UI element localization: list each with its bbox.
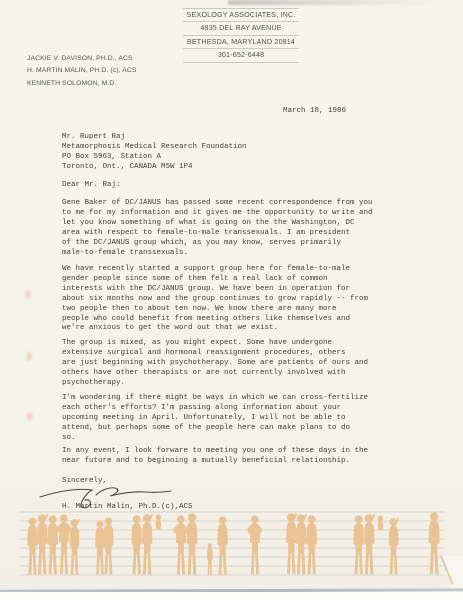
body-paragraph: Gene Baker of DC/JANUS has passed some r… [62,199,392,258]
body-paragraph: We have recently started a support group… [62,265,392,334]
staff-name: JACKIE V. DAVISON, PH.D., ACS [27,53,136,65]
letterhead-city-state-zip: BETHESDA, MARYLAND 20814 [183,35,299,48]
staff-name: KENNETH SOLOMON, M.D. [27,78,136,90]
background-below-page [0,592,463,600]
body-paragraph: The group is mixed, as you might expect.… [62,339,392,389]
salutation: Dear Mr. Raj: [62,181,121,191]
letterhead-phone: 301-652-6448 [183,48,299,62]
letterhead-company-name: SEXOLOGY ASSOCIATES, INC. [183,8,299,21]
letter-date: March 18, 1986 [283,107,346,117]
scan-artifact-dot [25,290,31,299]
body-paragraph: I'm wondering if there might be ways in … [62,394,392,444]
scan-edge-smudge [228,0,444,5]
people-silhouettes-decoration [8,508,455,582]
body-paragraph: In any event, I look forware to meeting … [62,447,392,467]
letterhead-block: SEXOLOGY ASSOCIATES, INC. 4835 DEL RAY A… [183,8,299,63]
scan-artifact-dot [26,352,32,361]
scanned-letter-image: SEXOLOGY ASSOCIATES, INC. 4835 DEL RAY A… [0,0,463,600]
staff-name: H. MARTIN MALIN, PH.D. (c), ACS [27,65,136,77]
letterhead-staff-list: JACKIE V. DAVISON, PH.D., ACS H. MARTIN … [27,53,136,90]
scan-artifact-dot [27,412,33,421]
letterhead-street: 4835 DEL RAY AVENUE [183,21,299,34]
recipient-address: Mr. Rupert Raj Metamorphosis Medical Res… [62,133,247,173]
